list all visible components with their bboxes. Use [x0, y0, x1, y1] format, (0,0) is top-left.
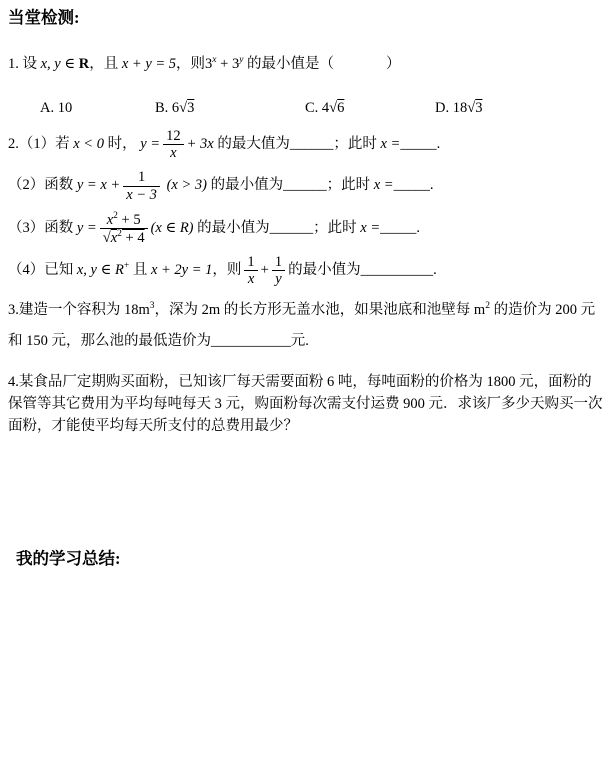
- q2p3-fraction: x2 + 5√x2 + 4: [100, 211, 148, 246]
- question-2-part-4: （4）已知 x, y ∈ R+ 且 x + 2y = 1，则1x+1y的最小值为…: [8, 254, 604, 287]
- q2p1-mid: ；此时: [333, 136, 377, 152]
- summary-heading: 我的学习总结:: [8, 549, 604, 569]
- q2p2-blank1: ______: [283, 177, 327, 193]
- q2p4-f1-denominator: x: [244, 271, 257, 287]
- question-1: 1. 设 x, y ∈ R，且 x + y = 5，则3x + 3y 的最小值是…: [8, 50, 604, 74]
- q2p3-pre: （3）函数: [8, 220, 73, 236]
- q2p4-f1-numerator: 1: [244, 254, 257, 271]
- option-a-value: 10: [58, 100, 73, 116]
- q2p1-fraction: 12x: [163, 128, 184, 161]
- q2p1-shi: 时，: [108, 136, 137, 152]
- q1-pre: 1. 设: [8, 56, 37, 72]
- q1-exponent1: x: [212, 55, 216, 65]
- q2p3-numerator: x2 + 5: [100, 211, 148, 229]
- q2p4-mid1: 且: [133, 262, 148, 278]
- q2p3-blank2: _____: [380, 220, 416, 236]
- q2p2-blank2: _____: [394, 177, 430, 193]
- option-c-radical-sign: √: [329, 100, 337, 116]
- option-a: A. 10: [40, 98, 155, 118]
- option-d-label: D.: [435, 100, 449, 116]
- q2p1-denominator: x: [163, 145, 184, 161]
- q2p3-lhs: y =: [77, 220, 97, 236]
- option-b-radicand: 3: [187, 100, 194, 116]
- q2p4-r-plus: +: [124, 261, 129, 271]
- q2p2-fraction: 1x − 3: [123, 169, 160, 202]
- q1-comma1: ，且: [89, 56, 118, 72]
- q1-close-paren: ）: [386, 56, 401, 72]
- q1-exponent2: y: [239, 55, 243, 65]
- worksheet-page: 当堂检测: 1. 设 x, y ∈ R，且 x + y = 5，则3x + 3y…: [0, 0, 614, 569]
- question-2-part-1: 2.（1）若 x < 0 时， y =12x+ 3x 的最大值为______；此…: [8, 128, 604, 161]
- option-a-label: A.: [40, 100, 54, 116]
- option-b-label: B.: [155, 100, 168, 116]
- q2p1-rest: + 3x: [187, 136, 214, 152]
- option-c-label: C.: [305, 100, 318, 116]
- q2p1-end: .: [437, 136, 441, 152]
- q2p1-tail: 的最大值为: [217, 136, 290, 152]
- q2p2-condition: (x > 3): [167, 177, 207, 193]
- q3-text-2: ，深为 2m 的长方形无盖水池，如果池底和池壁每 m: [155, 302, 486, 318]
- q2p1-lhs: y =: [140, 136, 160, 152]
- q2p3-num-rest: + 5: [118, 212, 141, 228]
- q3-text-4: 元.: [291, 333, 309, 349]
- q2p3-den-rest: + 4: [122, 230, 145, 246]
- q2p4-f2-denominator: y: [272, 271, 285, 287]
- option-d-radicand: 3: [475, 100, 482, 116]
- q1-set-r: R: [79, 56, 89, 72]
- q2p3-radicand: x2 + 4: [111, 230, 145, 246]
- q1-plus: +: [220, 56, 228, 72]
- q2p4-f2-numerator: 1: [272, 254, 285, 271]
- q2p4-pre: （4）已知: [8, 262, 73, 278]
- q2p3-condition: (x ∈ R): [151, 220, 194, 236]
- q2p1-blank2: _____: [400, 136, 436, 152]
- q1-element-symbol: ∈: [64, 56, 75, 72]
- q2p3-mid: ；此时: [313, 220, 357, 236]
- q2p4-plus: +: [261, 262, 269, 278]
- q2p4-fraction-1: 1x: [244, 254, 257, 287]
- q2p4-end: .: [433, 262, 437, 278]
- q2p3-radical-sign: √: [103, 230, 111, 246]
- q2p1-pre: 2.（1）若: [8, 136, 70, 152]
- q1-comma2: ，则: [176, 56, 205, 72]
- q2p2-xeq: x =: [374, 177, 394, 193]
- q2p4-mid2: ，则: [212, 262, 241, 278]
- q2p3-denominator: √x2 + 4: [100, 229, 148, 246]
- q2p3-tail: 的最小值为: [197, 220, 270, 236]
- option-b: B. 6√3: [155, 98, 305, 118]
- question-4: 4.某食品厂定期购买面粉，已知该厂每天需要面粉 6 吨，每吨面粉的价格为 180…: [8, 371, 604, 437]
- q1-tail: 的最小值是（: [247, 56, 334, 72]
- q2p2-pre: （2）函数: [8, 177, 73, 193]
- q2p4-blank: __________: [361, 262, 434, 278]
- q2p1-condition: x < 0: [73, 136, 104, 152]
- q2p1-xeq: x =: [380, 136, 400, 152]
- q1-options-row: A. 10 B. 6√3 C. 4√6 D. 18√3: [8, 98, 604, 118]
- q2p3-xeq: x =: [360, 220, 380, 236]
- q2p2-mid: ；此时: [327, 177, 371, 193]
- option-d-value: 18: [453, 100, 468, 116]
- q2p4-equation: x + 2y = 1: [151, 262, 212, 278]
- q2p2-denominator: x − 3: [123, 187, 160, 203]
- question-2-part-3: （3）函数 y =x2 + 5√x2 + 4(x ∈ R) 的最小值为_____…: [8, 211, 604, 246]
- worksheet-title: 当堂检测:: [8, 8, 604, 28]
- q2p4-vars: x, y ∈ R: [77, 262, 124, 278]
- q4-text: 4.某食品厂定期购买面粉，已知该厂每天需要面粉 6 吨，每吨面粉的价格为 180…: [8, 374, 603, 434]
- q2p4-fraction-2: 1y: [272, 254, 285, 287]
- q3-text-1: 3.建造一个容积为 18m: [8, 302, 150, 318]
- question-2-part-2: （2）函数 y = x +1x − 3 (x > 3) 的最小值为______；…: [8, 169, 604, 202]
- q2p2-lhs: y = x +: [77, 177, 120, 193]
- option-d-radical-sign: √: [467, 100, 475, 116]
- q2p1-blank1: ______: [290, 136, 334, 152]
- q2p2-numerator: 1: [123, 169, 160, 186]
- q2p2-end: .: [430, 177, 434, 193]
- q2p4-tail: 的最小值为: [288, 262, 361, 278]
- q1-vars: x, y: [41, 56, 61, 72]
- q2p3-blank1: ______: [270, 220, 314, 236]
- q2p2-tail: 的最小值为: [211, 177, 284, 193]
- q3-blank: ___________: [211, 333, 291, 349]
- q2p3-end: .: [416, 220, 420, 236]
- q2p1-numerator: 12: [163, 128, 184, 145]
- option-d: D. 18√3: [435, 98, 482, 118]
- question-3: 3.建造一个容积为 18m3，深为 2m 的长方形无盖水池，如果池底和池壁每 m…: [8, 291, 604, 357]
- option-c: C. 4√6: [305, 98, 435, 118]
- option-b-radical-sign: √: [179, 100, 187, 116]
- option-c-radicand: 6: [337, 100, 344, 116]
- q1-equation: x + y = 5: [122, 56, 176, 72]
